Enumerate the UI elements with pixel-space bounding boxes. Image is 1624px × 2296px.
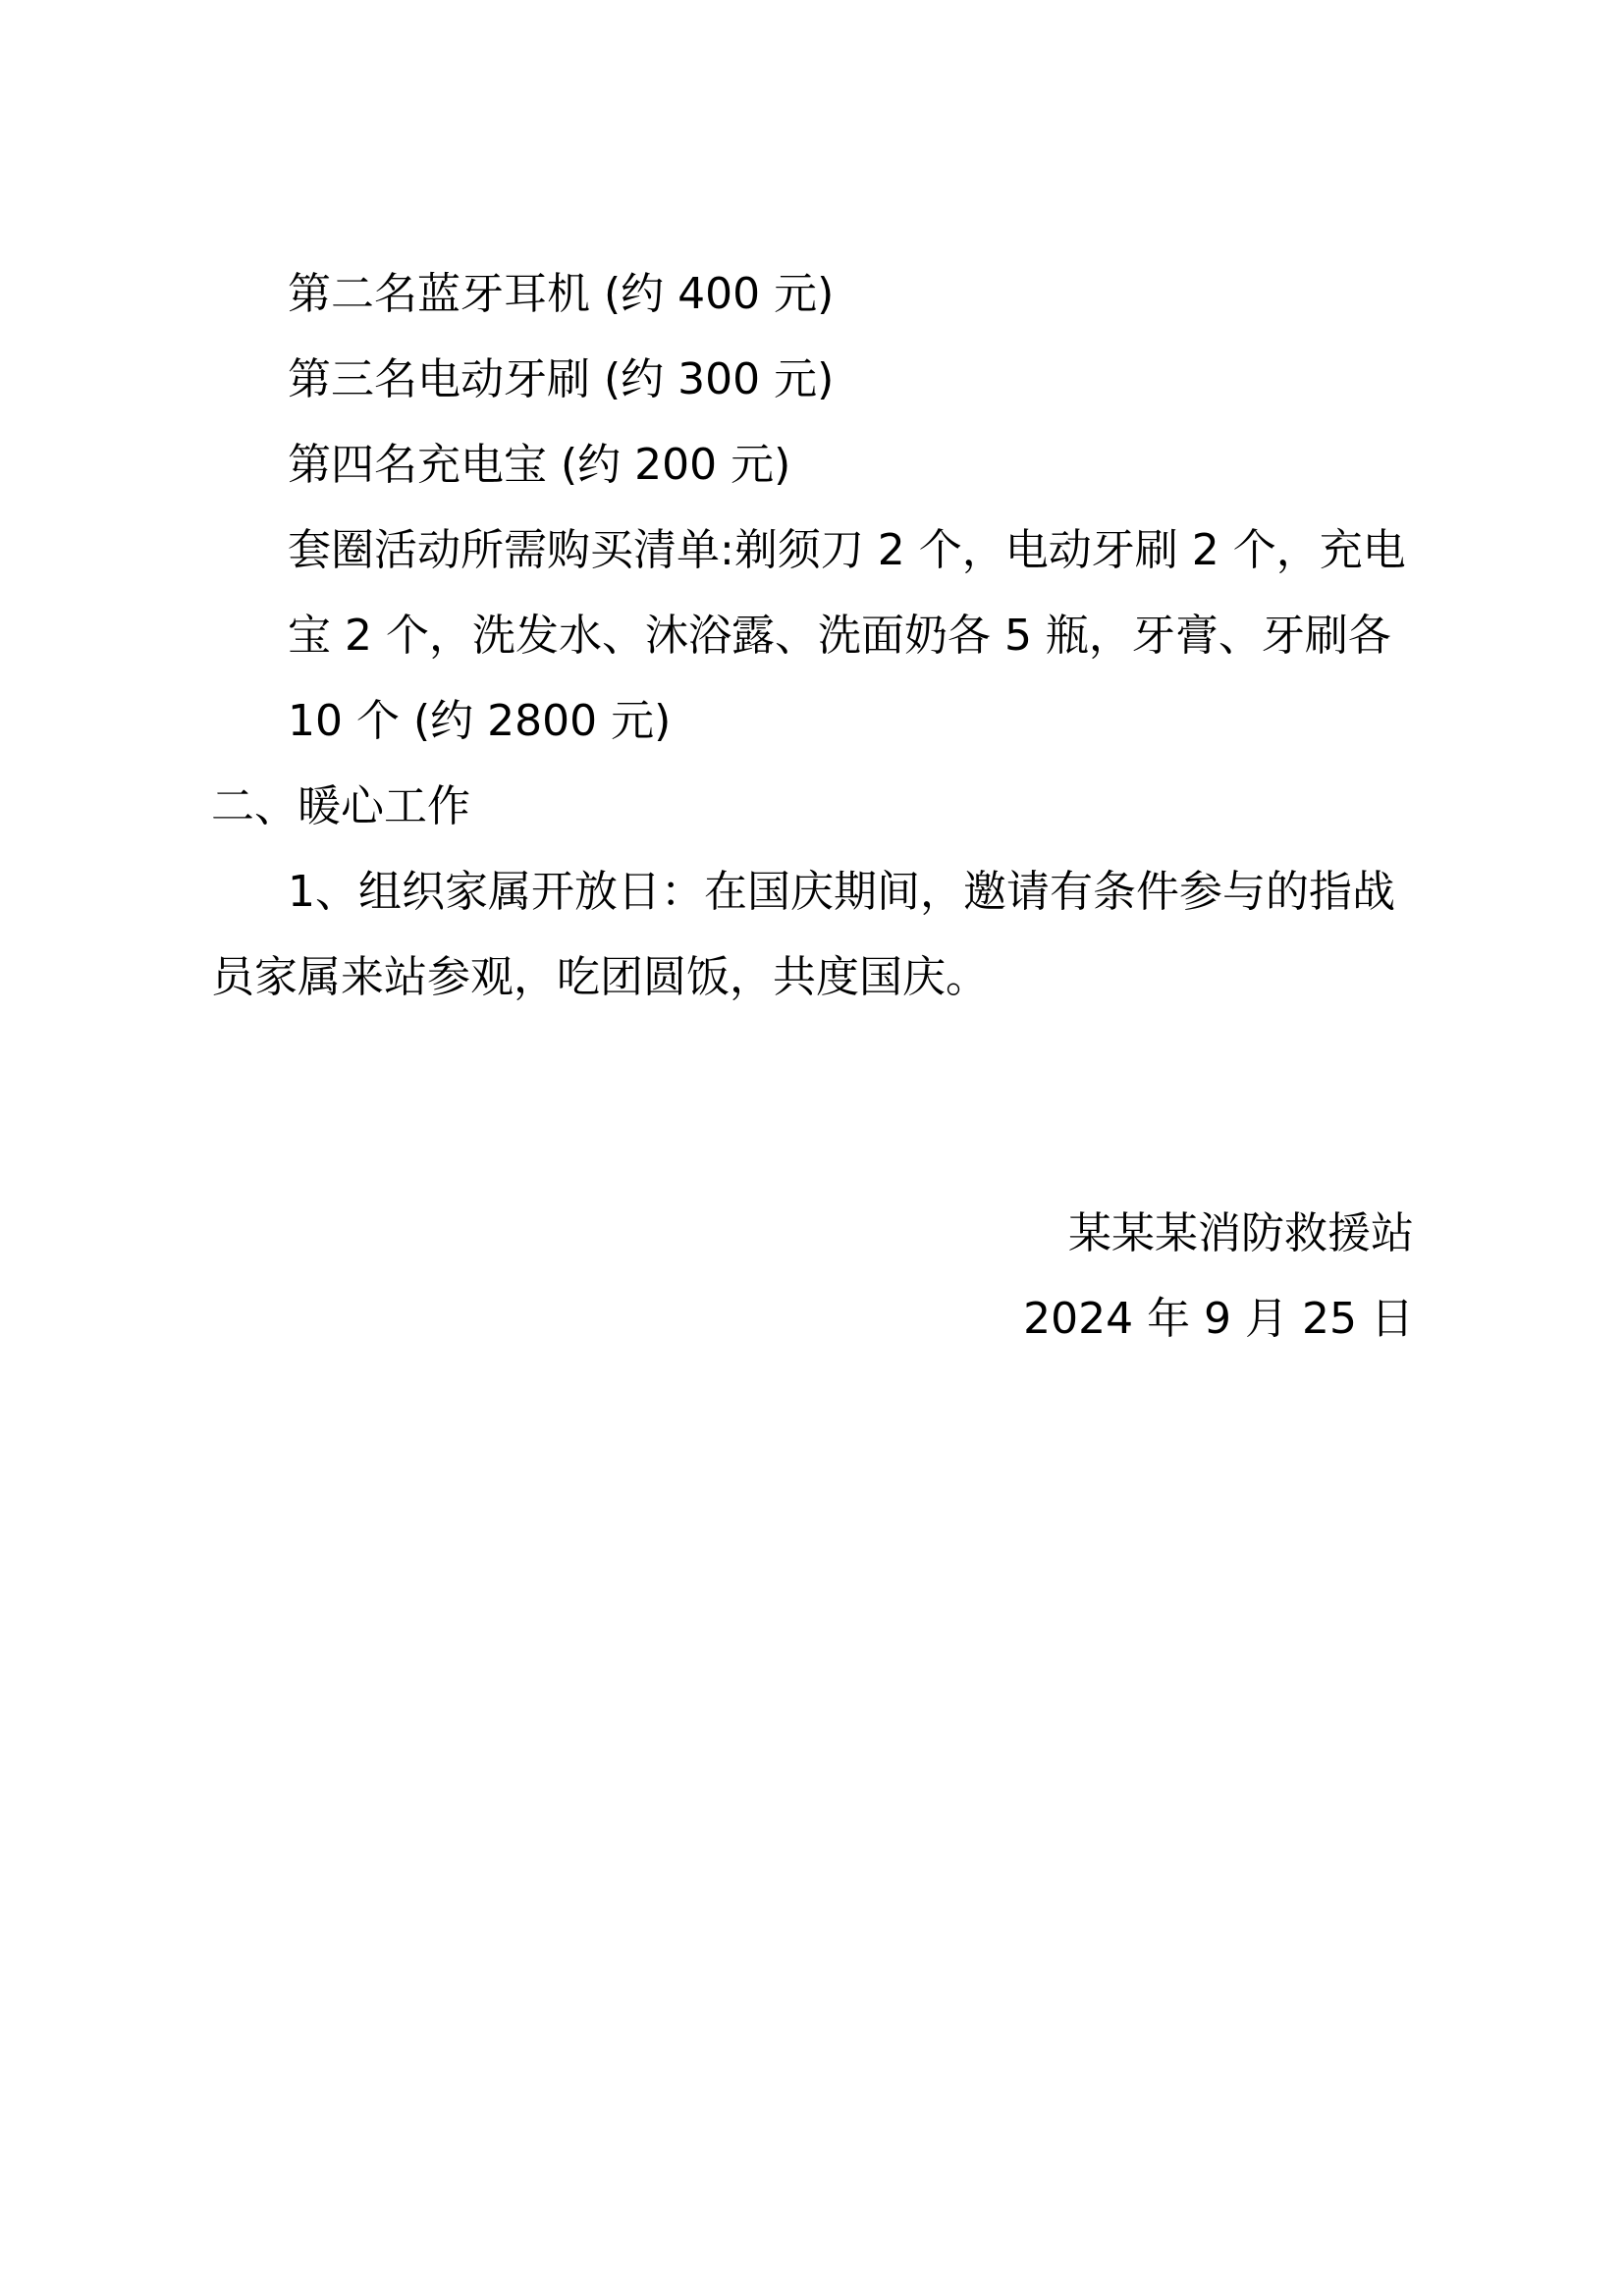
document-text-line: 套圈活动所需购买清单:剃须刀 2 个，电动牙刷 2 个，充电 xyxy=(211,507,1414,593)
document-text-line: 二、暖心工作 xyxy=(211,764,1414,849)
document-text-line: 员家属来站参观，吃团圆饭，共度国庆。 xyxy=(211,934,1414,1020)
document-text-line: 宝 2 个，洗发水、沐浴露、洗面奶各 5 瓶，牙膏、牙刷各 xyxy=(211,593,1414,678)
body-lines: 第二名蓝牙耳机 (约 400 元)第三名电动牙刷 (约 300 元)第四名充电宝… xyxy=(211,251,1414,1020)
document-body: 第二名蓝牙耳机 (约 400 元)第三名电动牙刷 (约 300 元)第四名充电宝… xyxy=(211,251,1414,1362)
document-text-line: 10 个 (约 2800 元) xyxy=(211,678,1414,764)
document-page: 第二名蓝牙耳机 (约 400 元)第三名电动牙刷 (约 300 元)第四名充电宝… xyxy=(0,0,1624,2296)
signature-block: 某某某消防救援站 2024 年 9 月 25 日 xyxy=(211,1191,1414,1362)
signature-date-line: 2024 年 9 月 25 日 xyxy=(211,1276,1414,1362)
blank-space xyxy=(211,1020,1414,1191)
signature-org-line: 某某某消防救援站 xyxy=(211,1191,1414,1276)
document-text-line: 第三名电动牙刷 (约 300 元) xyxy=(211,337,1414,422)
document-text-line: 第四名充电宝 (约 200 元) xyxy=(211,422,1414,507)
document-text-line: 第二名蓝牙耳机 (约 400 元) xyxy=(211,251,1414,337)
document-text-line: 1、组织家属开放日：在国庆期间，邀请有条件参与的指战 xyxy=(211,849,1414,934)
